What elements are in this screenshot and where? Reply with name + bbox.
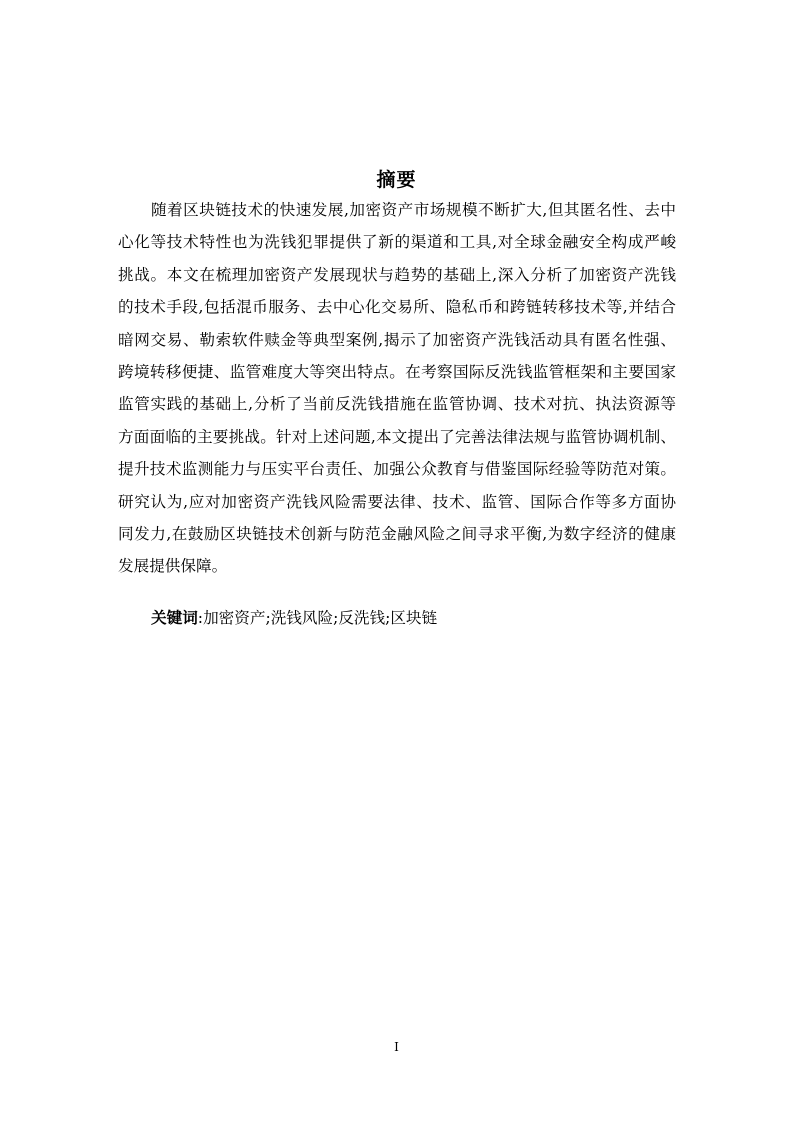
abstract-line: 的技术手段,包括混币服务、去中心化交易所、隐私币和跨链转移技术等,并结合	[118, 291, 676, 323]
keywords-text: 加密资产;洗钱风险;反洗钱;区块链	[203, 609, 437, 627]
keywords-line: 关键词:加密资产;洗钱风险;反洗钱;区块链	[151, 602, 437, 634]
page-number: I	[0, 1039, 793, 1055]
abstract-line: 随着区块链技术的快速发展,加密资产市场规模不断扩大,但其匿名性、去中	[118, 194, 676, 226]
abstract-line: 发展提供保障。	[118, 550, 676, 582]
document-page: 摘要 随着区块链技术的快速发展,加密资产市场规模不断扩大,但其匿名性、去中 心化…	[0, 0, 793, 1122]
abstract-line: 暗网交易、勒索软件赎金等典型案例,揭示了加密资产洗钱活动具有匿名性强、	[118, 324, 676, 356]
abstract-line: 方面面临的主要挑战。针对上述问题,本文提出了完善法律法规与监管协调机制、	[118, 421, 676, 453]
abstract-line: 研究认为,应对加密资产洗钱风险需要法律、技术、监管、国际合作等多方面协	[118, 486, 676, 518]
abstract-line: 跨境转移便捷、监管难度大等突出特点。在考察国际反洗钱监管框架和主要国家	[118, 356, 676, 388]
abstract-title: 摘要	[0, 168, 793, 192]
abstract-paragraph: 随着区块链技术的快速发展,加密资产市场规模不断扩大,但其匿名性、去中 心化等技术…	[118, 194, 676, 583]
abstract-line: 监管实践的基础上,分析了当前反洗钱措施在监管协调、技术对抗、执法资源等	[118, 388, 676, 420]
abstract-line: 挑战。本文在梳理加密资产发展现状与趋势的基础上,深入分析了加密资产洗钱	[118, 259, 676, 291]
abstract-line: 提升技术监测能力与压实平台责任、加强公众教育与借鉴国际经验等防范对策。	[118, 453, 676, 485]
abstract-line: 心化等技术特性也为洗钱犯罪提供了新的渠道和工具,对全球金融安全构成严峻	[118, 226, 676, 258]
abstract-line: 同发力,在鼓励区块链技术创新与防范金融风险之间寻求平衡,为数字经济的健康	[118, 518, 676, 550]
keywords-label: 关键词	[151, 609, 198, 627]
